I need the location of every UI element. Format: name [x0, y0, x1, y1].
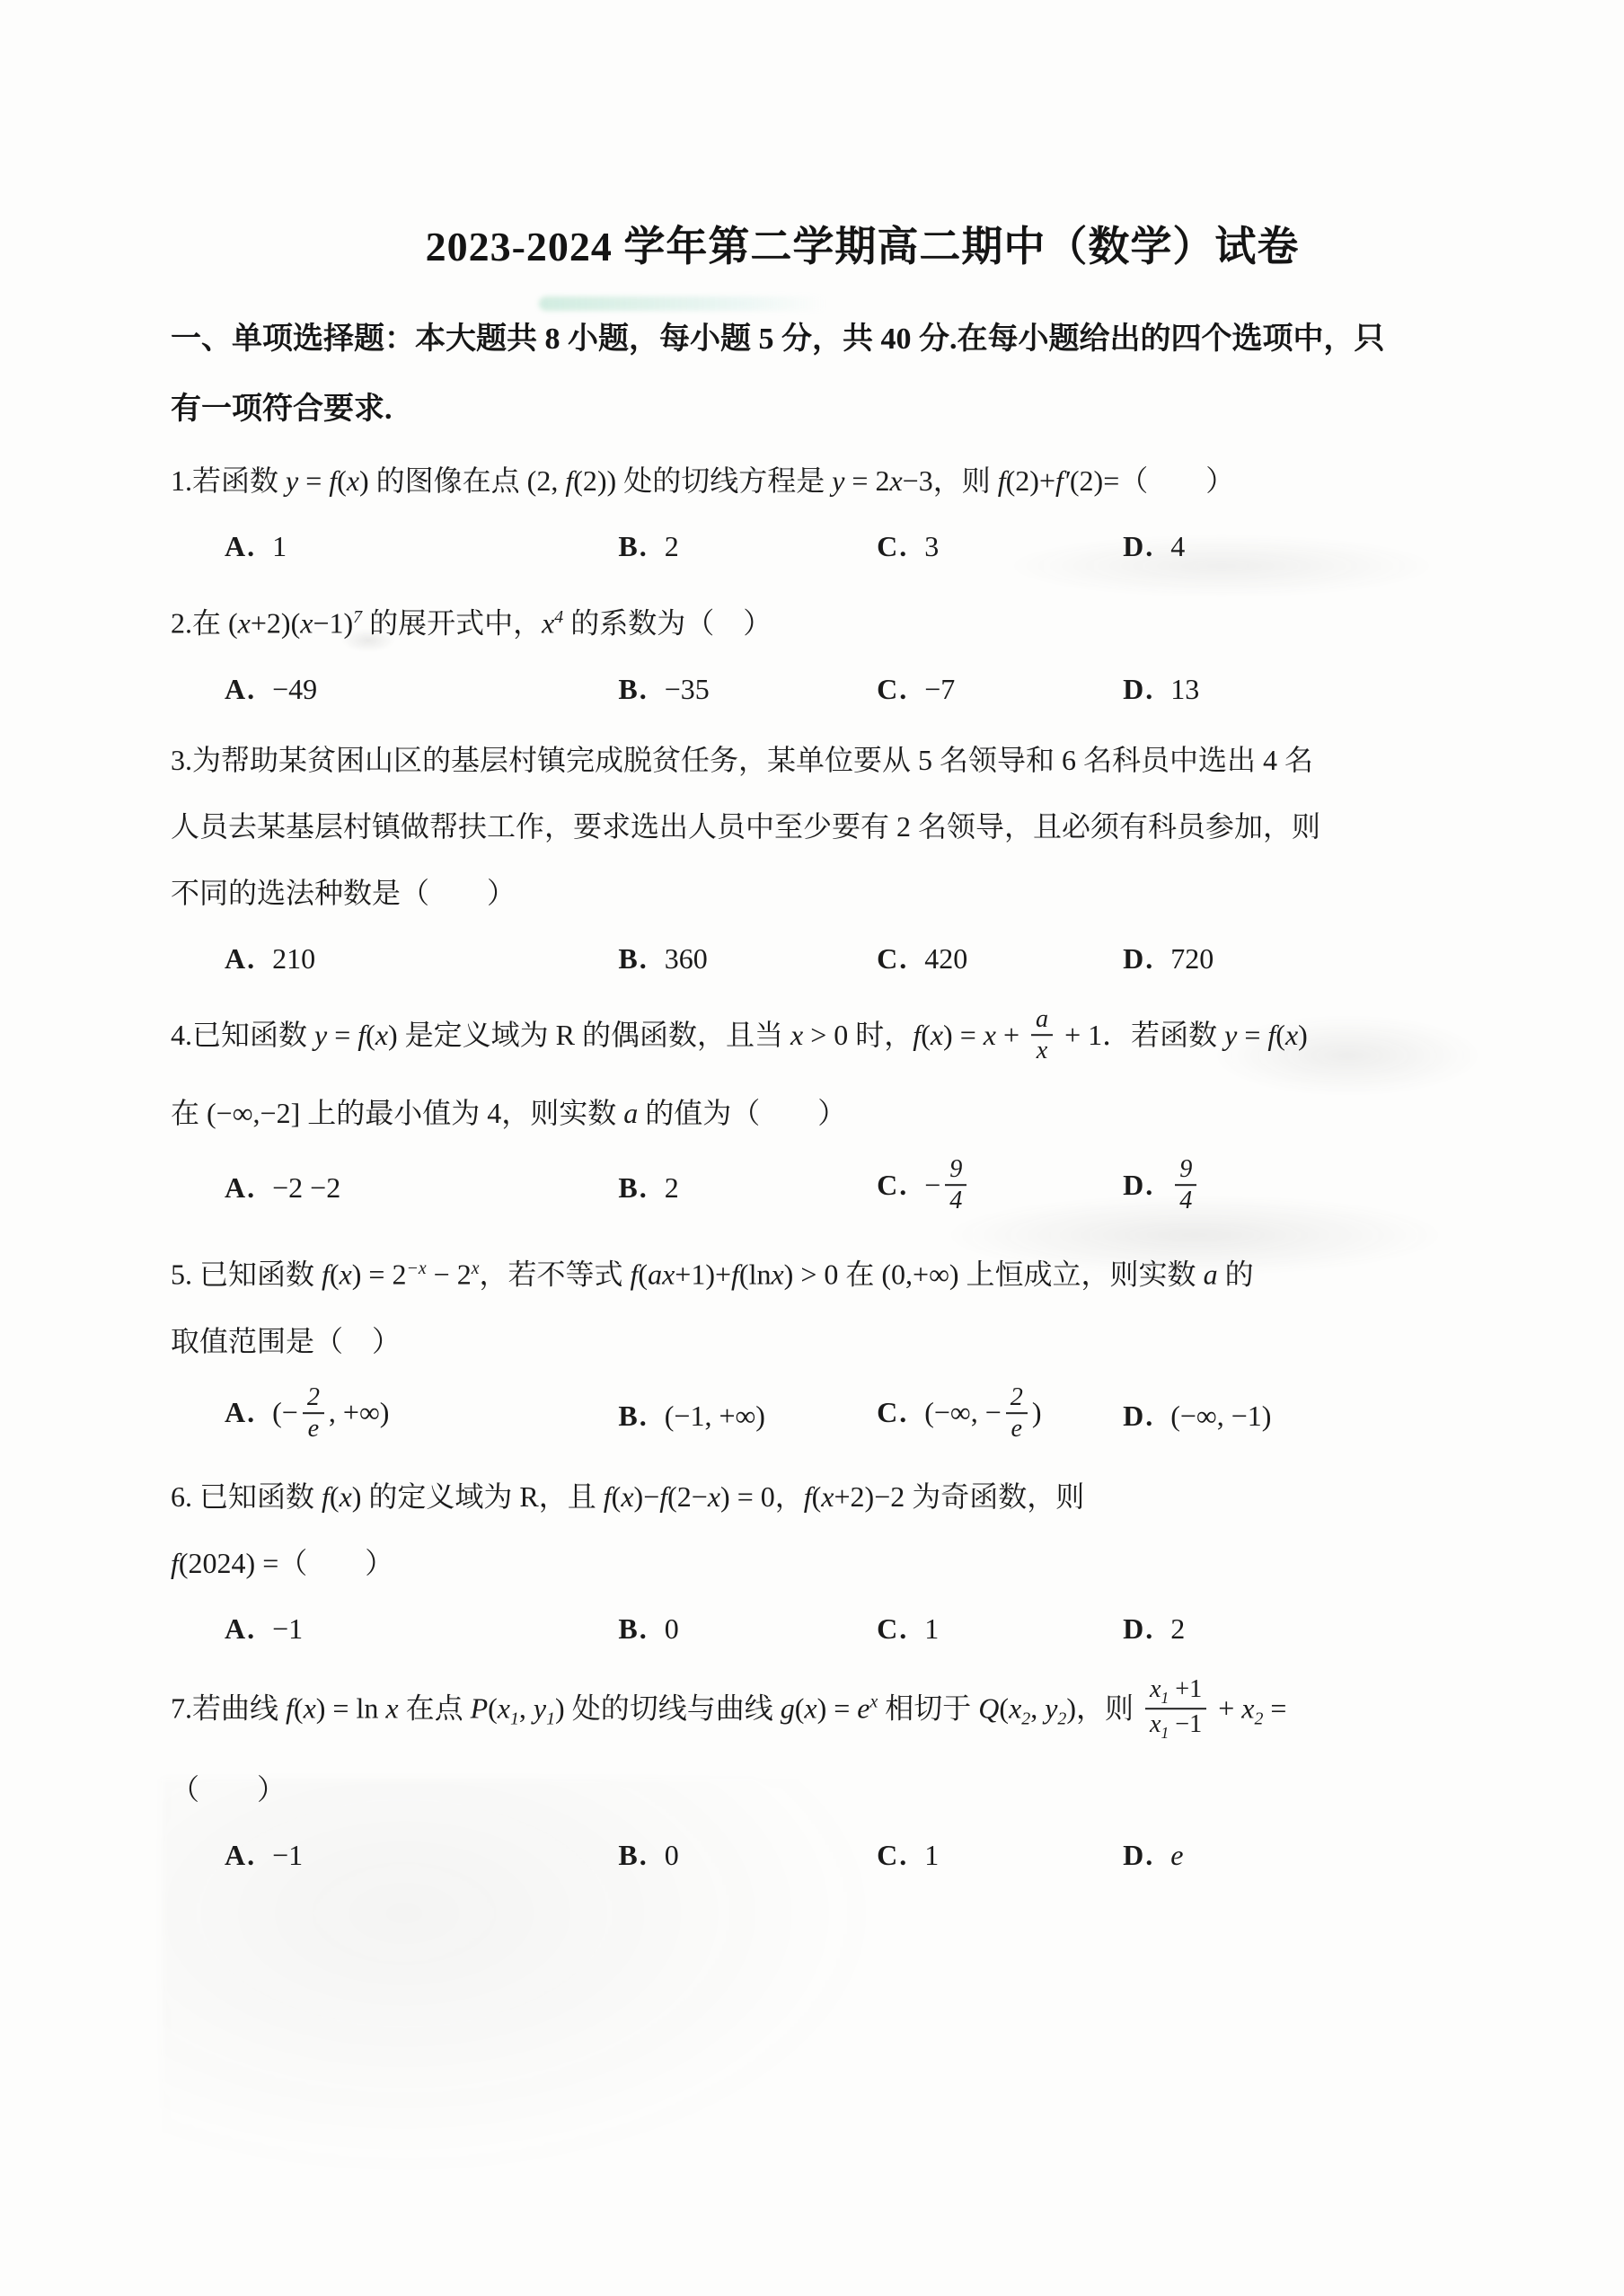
text: , [1030, 1691, 1045, 1724]
text: ( [330, 1480, 340, 1513]
question-1: 1.若函数 y = f(x) 的图像在点 (2, f(2)) 处的切线方程是 y… [171, 460, 1455, 566]
text: ( [999, 1691, 1009, 1724]
text: 的值为（ ） [638, 1097, 846, 1129]
math-text: y [314, 1019, 327, 1051]
math-text: x [889, 464, 902, 497]
text: 0 [665, 1839, 679, 1871]
option-value: 4 [1170, 530, 1185, 562]
question-4-option-D: D.94 [1123, 1159, 1455, 1217]
question-7-stem-line: 7.若曲线 f(x) = ln x 在点 P(x1, y1) 处的切线与曲线 g… [171, 1679, 1455, 1744]
math-text: f [659, 1480, 667, 1513]
option-value: 720 [1170, 942, 1214, 975]
text: (2024) =（ ） [179, 1547, 393, 1579]
math-text: y [534, 1691, 546, 1724]
text: 210 [272, 942, 315, 975]
text: ( [366, 1019, 375, 1051]
text: (ln [739, 1258, 772, 1291]
math-text: e [308, 1415, 320, 1443]
math-text: 9 [1179, 1155, 1192, 1183]
text: (− [272, 1396, 298, 1428]
option-label: A. [225, 530, 256, 562]
text: , [519, 1691, 534, 1724]
text: )− [634, 1480, 660, 1513]
text: 的展开式中， [362, 607, 542, 640]
question-7: 7.若曲线 f(x) = ln x 在点 P(x1, y1) 处的切线与曲线 g… [171, 1679, 1455, 1875]
text: ( [294, 1691, 304, 1724]
math-text: f [322, 1480, 330, 1513]
exam-content: 2023-2024 学年第二学期高二期中（数学）试卷 一、单项选择题：本大题共 … [0, 0, 1624, 1875]
math-text: x [340, 1480, 352, 1513]
math-text: 9 [949, 1155, 962, 1183]
question-2-option-D: D.13 [1123, 669, 1455, 709]
text: ) 处的切线与曲线 [555, 1691, 781, 1724]
text: ) = 2 [352, 1258, 407, 1291]
math-superscript: −x [406, 1258, 426, 1278]
question-1-option-B: B.2 [618, 526, 877, 566]
math-superscript: 4 [554, 607, 563, 627]
option-value: 3 [924, 530, 939, 562]
text: )，则 [1066, 1691, 1141, 1724]
option-value: e [1170, 1839, 1183, 1871]
option-label: D. [1123, 1169, 1154, 1201]
question-3-stem-line: 人员去某基层村镇做帮扶工作，要求选出人员中至少要有 2 名领导，且必须有科员参加… [171, 806, 1455, 847]
text: 6. 已知函数 [171, 1480, 322, 1513]
text: 2 [665, 530, 679, 562]
math-text: x [1150, 1710, 1161, 1738]
question-6-options-row: A.−1B.0C.1D.2 [171, 1609, 1455, 1648]
text: 在点 [399, 1691, 471, 1724]
question-6: 6. 已知函数 f(x) 的定义域为 R，且 f(x)−f(2−x) = 0，f… [171, 1476, 1455, 1648]
text: ) > 0 在 (0,+∞) 上恒成立，则实数 [784, 1258, 1204, 1291]
math-superscript: x [472, 1258, 480, 1278]
math-text: x [708, 1480, 720, 1513]
text: 2 [1170, 1612, 1185, 1645]
option-label: B. [618, 1171, 648, 1204]
text: = [1263, 1691, 1286, 1724]
text: ) = [817, 1691, 858, 1724]
math-text: x [304, 1691, 316, 1724]
question-2-option-C: C.−7 [877, 669, 1123, 709]
text: ( [612, 1480, 622, 1513]
question-1-option-C: C.3 [877, 526, 1123, 566]
question-3-option-C: C.420 [877, 939, 1123, 978]
math-text: f [1267, 1019, 1275, 1051]
question-7-option-B: B.0 [618, 1835, 877, 1875]
math-text: x [347, 464, 359, 497]
text: (2)+ [1006, 464, 1055, 497]
text: (2)=（ ） [1070, 464, 1234, 497]
question-5-option-D: D.(−∞, −1) [1123, 1396, 1455, 1435]
text: −1 [272, 1839, 303, 1871]
text: ( [488, 1691, 498, 1724]
text: −35 [665, 673, 710, 705]
option-value: −35 [665, 673, 710, 705]
option-value: −7 [924, 673, 955, 705]
math-subscript: 2 [1021, 1709, 1030, 1728]
math-text: ax [648, 1258, 675, 1291]
math-subscript: 2 [1254, 1709, 1263, 1728]
option-value: −2 −2 [272, 1171, 340, 1204]
text: − 2 [427, 1258, 472, 1291]
option-label: C. [877, 1839, 908, 1871]
text: 的系数为（ ） [563, 607, 772, 640]
option-value: 2 [665, 1171, 679, 1204]
question-6-option-A: A.−1 [225, 1609, 618, 1648]
option-label: D. [1123, 942, 1154, 975]
math-text: x [340, 1258, 352, 1291]
math-text: x [790, 1019, 803, 1051]
question-2-stem-line: 2.在 (x+2)(x−1)7 的展开式中，x4 的系数为（ ） [171, 596, 1455, 644]
math-text: g [781, 1691, 795, 1724]
question-4-stem-line: 4.已知函数 y = f(x) 是定义域为 R 的偶函数，且当 x > 0 时，… [171, 1009, 1455, 1067]
option-label: A. [225, 1171, 256, 1204]
math-text: a [1204, 1258, 1218, 1291]
math-text: x [931, 1019, 943, 1051]
question-5-option-C: C.(−∞, −2e) [877, 1387, 1123, 1445]
text: ( [812, 1480, 822, 1513]
math-text: a [623, 1097, 638, 1129]
option-value: 1 [924, 1839, 939, 1871]
text: ( [638, 1258, 648, 1291]
page-title: 2023-2024 学年第二学期高二期中（数学）试卷 [269, 214, 1455, 273]
math-text: f [565, 464, 573, 497]
question-1-options-row: A.1B.2C.3D.4 [171, 526, 1455, 566]
question-2-option-B: B.−35 [618, 669, 877, 709]
option-label: D. [1123, 673, 1154, 705]
question-4-options-row: A.−2 −2B.2C.−94D.94 [171, 1159, 1455, 1217]
math-text: e [1011, 1415, 1023, 1443]
fraction: 2e [303, 1384, 324, 1443]
text: , +∞) [329, 1396, 390, 1428]
option-label: B. [618, 673, 648, 705]
text: ( [1275, 1019, 1285, 1051]
question-7-option-C: C.1 [877, 1835, 1123, 1875]
text: 7.若曲线 [171, 1691, 286, 1724]
text: ( [337, 464, 347, 497]
questions: 1.若函数 y = f(x) 的图像在点 (2, f(2)) 处的切线方程是 y… [171, 460, 1455, 1875]
question-4: 4.已知函数 y = f(x) 是定义域为 R 的偶函数，且当 x > 0 时，… [171, 1009, 1455, 1217]
text: ) [1032, 1396, 1042, 1428]
text: 420 [924, 942, 967, 975]
math-text: f [322, 1258, 330, 1291]
option-value: 420 [924, 942, 967, 975]
text: + [996, 1019, 1027, 1051]
text: ) = ln [316, 1691, 386, 1724]
question-5: 5. 已知函数 f(x) = 2−x − 2x，若不等式 f(ax+1)+f(l… [171, 1248, 1455, 1445]
fraction: ax [1031, 1006, 1053, 1064]
text: +1)+ [675, 1258, 731, 1291]
math-text: x [1285, 1019, 1298, 1051]
text: +2)( [251, 607, 300, 640]
question-3-options-row: A.210B.360C.420D.720 [171, 939, 1455, 978]
question-5-stem-line: 5. 已知函数 f(x) = 2−x − 2x，若不等式 f(ax+1)+f(l… [171, 1248, 1455, 1295]
math-text: x [984, 1019, 996, 1051]
text: −7 [924, 673, 955, 705]
math-text: x [771, 1258, 783, 1291]
option-label: C. [877, 1612, 908, 1645]
text: −3，则 [903, 464, 998, 497]
text: 不同的选法种数是（ ） [171, 877, 516, 909]
option-value: (−1, +∞) [665, 1400, 765, 1432]
math-text: x [821, 1480, 834, 1513]
option-value: 210 [272, 942, 315, 975]
text: + 1．若函数 [1057, 1019, 1224, 1051]
math-text: Q [978, 1691, 999, 1724]
math-text: x [804, 1691, 816, 1724]
question-3-option-D: D.720 [1123, 939, 1455, 978]
question-5-options-row: A.(−2e, +∞)B.(−1, +∞)C.(−∞, −2e)D.(−∞, −… [171, 1387, 1455, 1445]
text: −1 [272, 1612, 303, 1645]
math-text: x [1009, 1691, 1021, 1724]
option-label: C. [877, 1396, 908, 1428]
text: (−∞, −1) [1170, 1400, 1271, 1432]
text: ) 是定义域为 R 的偶函数，且当 [388, 1019, 790, 1051]
option-label: B. [618, 942, 648, 975]
text: 的 [1218, 1258, 1254, 1291]
question-1-option-A: A.1 [225, 526, 618, 566]
option-label: B. [618, 1400, 648, 1432]
option-value: 2 [1170, 1612, 1185, 1645]
text: −49 [272, 673, 317, 705]
text: 取值范围是（ ） [171, 1325, 401, 1357]
option-label: B. [618, 530, 648, 562]
math-text: f [357, 1019, 366, 1051]
text: 在 (−∞,−2] 上的最小值为 4，则实数 [171, 1097, 623, 1129]
math-superscript: x [869, 1691, 878, 1711]
exam-paper-page: 2023-2024 学年第二学期高二期中（数学）试卷 一、单项选择题：本大题共 … [0, 0, 1624, 2296]
option-label: C. [877, 673, 908, 705]
text: = [1237, 1019, 1267, 1051]
option-label: D. [1123, 1612, 1154, 1645]
math-text: f [998, 464, 1006, 497]
math-text: 2 [307, 1383, 320, 1411]
option-value: −49 [272, 673, 317, 705]
text: (−∞, − [924, 1396, 1002, 1428]
option-value: (−2e, +∞) [272, 1396, 389, 1428]
option-label: C. [877, 530, 908, 562]
fraction: 94 [945, 1156, 966, 1214]
text: 5. 已知函数 [171, 1258, 322, 1291]
text: ) = 0， [720, 1480, 804, 1513]
math-subscript: 1 [1161, 1723, 1169, 1741]
math-text: 4 [1179, 1188, 1192, 1215]
option-label: D. [1123, 1400, 1154, 1432]
section-instructions-line-2: 有一项符合要求. [171, 390, 1455, 429]
text: 0 [665, 1612, 679, 1645]
math-text: a [1036, 1005, 1048, 1033]
option-value: 1 [272, 530, 287, 562]
text: (2− [667, 1480, 708, 1513]
text: ( [795, 1691, 805, 1724]
fraction: x1 +1x1 −1 [1145, 1676, 1206, 1741]
math-text: x [1150, 1675, 1161, 1703]
question-5-option-A: A.(−2e, +∞) [225, 1387, 618, 1445]
math-text: f [329, 464, 337, 497]
text: +1 [1169, 1675, 1202, 1703]
question-6-stem-line: 6. 已知函数 f(x) 的定义域为 R，且 f(x)−f(2−x) = 0，f… [171, 1476, 1455, 1517]
text: 1 [924, 1839, 939, 1871]
text: −1 [1169, 1710, 1202, 1738]
question-1-stem-line: 1.若函数 y = f(x) 的图像在点 (2, f(2)) 处的切线方程是 y… [171, 460, 1455, 501]
option-value: −94 [924, 1169, 971, 1201]
option-label: C. [877, 1169, 908, 1201]
option-label: A. [225, 1839, 256, 1871]
option-label: D. [1123, 530, 1154, 562]
option-label: A. [225, 1396, 256, 1428]
math-text: e [1170, 1839, 1183, 1871]
text: ( [330, 1258, 340, 1291]
text: 2.在 ( [171, 607, 238, 640]
question-7-options-row: A.−1B.0C.1D.e [171, 1835, 1455, 1875]
math-text: f [286, 1691, 294, 1724]
math-text: x [498, 1691, 510, 1724]
option-value: 2 [665, 530, 679, 562]
math-subscript: 1 [1161, 1688, 1169, 1706]
question-3-option-B: B.360 [618, 939, 877, 978]
question-6-stem-line: f(2024) =（ ） [171, 1542, 1455, 1584]
math-text: x [238, 607, 251, 640]
text: 1.若函数 [171, 464, 286, 497]
option-label: C. [877, 942, 908, 975]
text: 4.已知函数 [171, 1019, 314, 1051]
math-subscript: 1 [546, 1709, 555, 1728]
math-text: x [1037, 1037, 1048, 1064]
text: = [327, 1019, 357, 1051]
text: ) 的定义域为 R，且 [352, 1480, 604, 1513]
math-text: x [375, 1019, 388, 1051]
text: ( [921, 1019, 931, 1051]
text: ) [1298, 1019, 1308, 1051]
fraction: 2e [1006, 1384, 1028, 1443]
text: −1) [313, 607, 353, 640]
question-4-option-C: C.−94 [877, 1159, 1123, 1217]
math-text: P [471, 1691, 489, 1724]
option-value: −1 [272, 1839, 303, 1871]
question-3-option-A: A.210 [225, 939, 618, 978]
math-text: 4 [949, 1188, 962, 1215]
math-text: f [804, 1480, 812, 1513]
text: 1 [272, 530, 287, 562]
math-text: y [1224, 1019, 1237, 1051]
math-text: f [604, 1480, 612, 1513]
option-value: (−∞, −1) [1170, 1400, 1271, 1432]
text: （ ） [171, 1773, 286, 1806]
option-label: D. [1123, 1839, 1154, 1871]
question-7-option-D: D.e [1123, 1835, 1455, 1875]
math-text: x [542, 607, 554, 640]
text: −2 −2 [272, 1171, 340, 1204]
question-2: 2.在 (x+2)(x−1)7 的展开式中，x4 的系数为（ ）A.−49B.−… [171, 596, 1455, 709]
text: 3.为帮助某贫困山区的基层村镇完成脱贫任务，某单位要从 5 名领导和 6 名科员… [171, 744, 1313, 776]
question-5-stem-line: 取值范围是（ ） [171, 1320, 1455, 1362]
text: 4 [1170, 530, 1185, 562]
text: 相切于 [878, 1691, 978, 1724]
option-value: 94 [1170, 1169, 1201, 1201]
option-label: B. [618, 1839, 648, 1871]
fraction: 94 [1175, 1156, 1196, 1214]
text: = 2 [844, 464, 889, 497]
math-text: e [857, 1691, 869, 1724]
option-label: A. [225, 942, 256, 975]
text: ) 的图像在点 (2, [359, 464, 565, 497]
question-3-stem-line: 3.为帮助某贫困山区的基层村镇完成脱贫任务，某单位要从 5 名领导和 6 名科员… [171, 739, 1455, 781]
question-5-option-B: B.(−1, +∞) [618, 1396, 877, 1435]
math-subscript: 1 [510, 1709, 519, 1728]
option-value: 360 [665, 942, 708, 975]
text: + [1211, 1691, 1241, 1724]
text: +2)−2 为奇函数，则 [834, 1480, 1085, 1513]
text: 720 [1170, 942, 1214, 975]
text: 1 [924, 1612, 939, 1645]
text: − [924, 1169, 940, 1201]
question-6-option-D: D.2 [1123, 1609, 1455, 1648]
option-value: 0 [665, 1612, 679, 1645]
question-3: 3.为帮助某贫困山区的基层村镇完成脱贫任务，某单位要从 5 名领导和 6 名科员… [171, 739, 1455, 978]
math-text: f [731, 1258, 739, 1291]
question-1-option-D: D.4 [1123, 526, 1455, 566]
question-2-option-A: A.−49 [225, 669, 618, 709]
text: 2 [665, 1171, 679, 1204]
option-label: A. [225, 1612, 256, 1645]
text: ) = [943, 1019, 984, 1051]
question-4-option-A: A.−2 −2 [225, 1168, 618, 1207]
option-value: (−∞, −2e) [924, 1396, 1041, 1428]
text: (2)) 处的切线方程是 [573, 464, 832, 497]
option-value: 0 [665, 1839, 679, 1871]
question-4-option-B: B.2 [618, 1168, 877, 1207]
math-subscript: 2 [1057, 1709, 1066, 1728]
question-3-stem-line: 不同的选法种数是（ ） [171, 872, 1455, 914]
question-6-option-C: C.1 [877, 1609, 1123, 1648]
math-text: x [300, 607, 313, 640]
math-text: x [1241, 1691, 1254, 1724]
question-6-option-B: B.0 [618, 1609, 877, 1648]
math-text: y [286, 464, 298, 497]
math-text: f′ [1055, 464, 1070, 497]
text: ，若不等式 [480, 1258, 631, 1291]
question-4-stem-line: 在 (−∞,−2] 上的最小值为 4，则实数 a 的值为（ ） [171, 1092, 1455, 1134]
text: 人员去某基层村镇做帮扶工作，要求选出人员中至少要有 2 名领导，且必须有科员参加… [171, 810, 1320, 843]
math-superscript: 7 [353, 607, 362, 627]
option-label: A. [225, 673, 256, 705]
section-instructions-line-1: 一、单项选择题：本大题共 8 小题，每小题 5 分，共 40 分.在每小题给出的… [171, 320, 1455, 359]
math-text: 2 [1011, 1383, 1023, 1411]
math-text: f [171, 1547, 179, 1579]
question-7-option-A: A.−1 [225, 1835, 618, 1875]
option-value: 1 [924, 1612, 939, 1645]
math-text: y [1045, 1691, 1057, 1724]
option-value: 13 [1170, 673, 1199, 705]
question-7-stem-line: （ ） [171, 1769, 1455, 1810]
text: 13 [1170, 673, 1199, 705]
text: 3 [924, 530, 939, 562]
text: (−1, +∞) [665, 1400, 765, 1432]
text: 360 [665, 942, 708, 975]
question-2-options-row: A.−49B.−35C.−7D.13 [171, 669, 1455, 709]
math-text: x [385, 1691, 398, 1724]
option-value: −1 [272, 1612, 303, 1645]
math-text: y [832, 464, 844, 497]
text: > 0 时， [803, 1019, 913, 1051]
text: = [298, 464, 329, 497]
math-text: f [913, 1019, 921, 1051]
option-label: B. [618, 1612, 648, 1645]
math-text: x [621, 1480, 633, 1513]
